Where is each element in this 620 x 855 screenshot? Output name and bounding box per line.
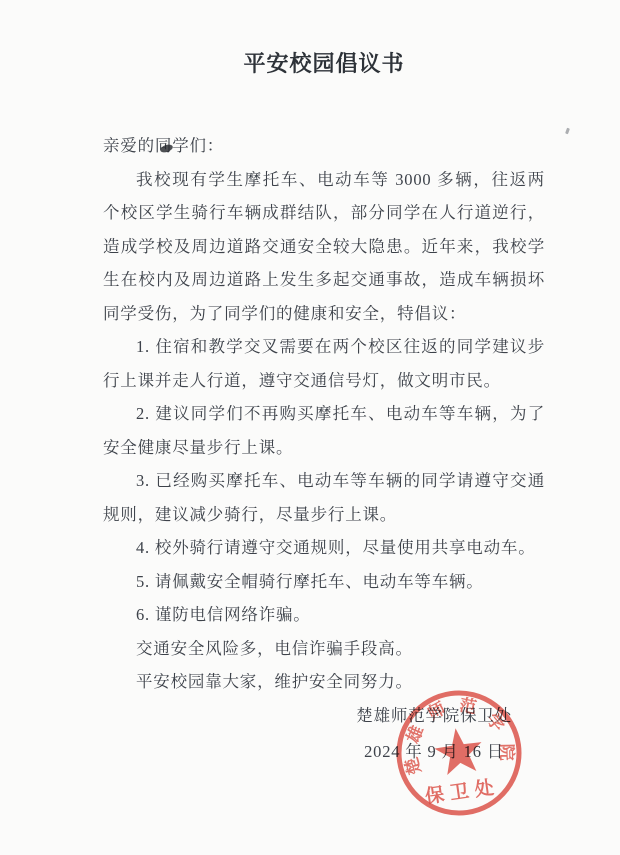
scanned-letter-page: 平安校园倡议书 亲爱的同学们： 我校现有学生摩托车、电动车等 3000 多辆，往…	[0, 0, 620, 855]
intro-paragraph: 我校现有学生摩托车、电动车等 3000 多辆，往返两个校区学生骑行车辆成群结队，…	[103, 163, 545, 331]
letter-body: 亲爱的同学们： 我校现有学生摩托车、电动车等 3000 多辆，往返两个校区学生骑…	[103, 129, 545, 769]
seal-arc-char: 范	[458, 695, 478, 717]
proposal-item-3: 3. 已经购买摩托车、电动车等车辆的同学请遵守交通规则，建议减少骑行，尽量步行上…	[103, 464, 545, 531]
proposal-item-5: 5. 请佩戴安全帽骑行摩托车、电动车等车辆。	[103, 565, 545, 599]
scan-speck	[565, 128, 570, 135]
proposal-item-1: 1. 住宿和教学交叉需要在两个校区往返的同学建议步行上课并走人行道，遵守交通信号…	[103, 330, 545, 397]
seal-arc-char: 院	[497, 743, 517, 760]
slogan-line-1: 交通安全风险多，电信诈骗手段高。	[103, 632, 545, 666]
proposal-item-2: 2. 建议同学们不再购买摩托车、电动车等车辆，为了安全健康尽量步行上课。	[103, 397, 545, 464]
official-seal: 楚 雄 师 范 学 院 保卫处	[392, 686, 526, 820]
seal-star	[432, 725, 485, 776]
proposal-item-4: 4. 校外骑行请遵守交通规则，尽量使用共享电动车。	[103, 531, 545, 565]
proposal-item-6: 6. 谨防电信网络诈骗。	[103, 598, 545, 632]
letter-title: 平安校园倡议书	[103, 0, 545, 80]
